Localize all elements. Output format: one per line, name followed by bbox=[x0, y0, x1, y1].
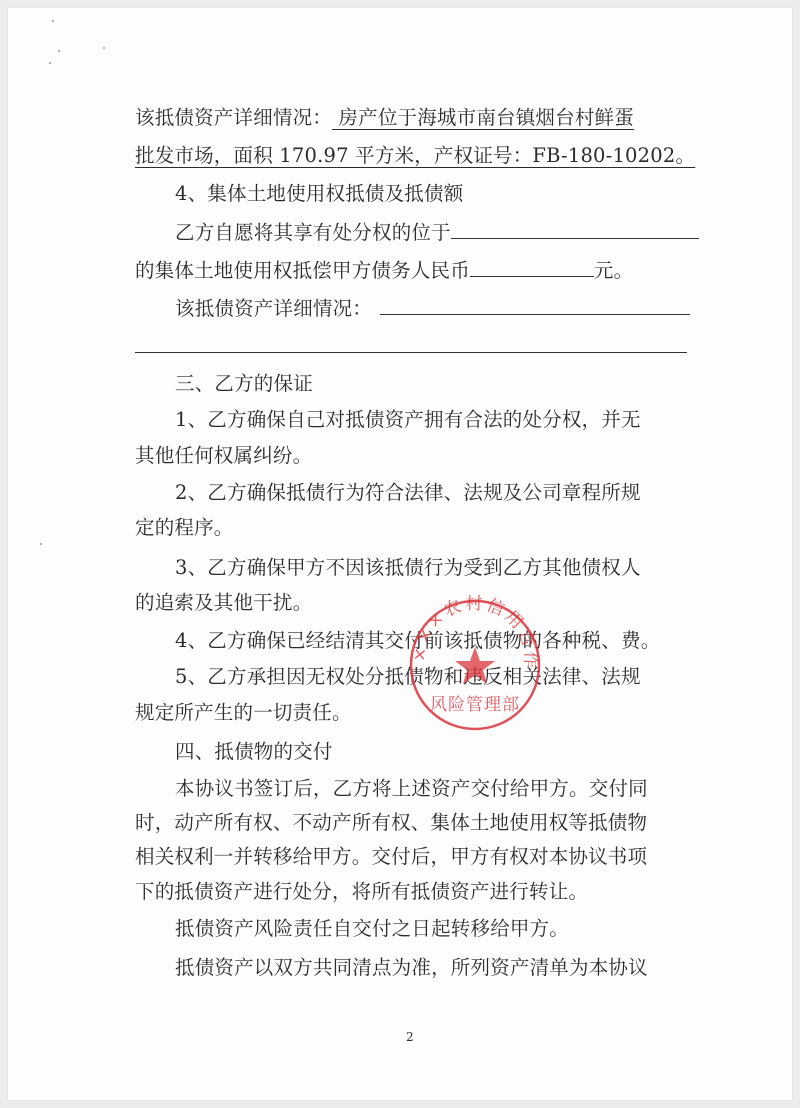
guarantee-item-3-cont: 的追索及其他干扰。 bbox=[135, 589, 312, 617]
scan-speck bbox=[103, 47, 105, 49]
collective-land-clause-2: 的集体土地使用权抵偿甲方债务人民币元。 bbox=[135, 256, 633, 284]
delivery-para-1-cont-3: 下的抵债资产进行处分，将所有抵债资产进行转让。 bbox=[135, 878, 588, 906]
delivery-para-1-cont-2: 相关权利一并转移给甲方。交付后，甲方有权对本协议书项 bbox=[135, 843, 647, 871]
asset-detail-label: 该抵债资产详细情况： bbox=[135, 106, 332, 129]
scan-speck bbox=[49, 62, 51, 64]
scan-speck bbox=[52, 20, 54, 22]
land-asset-detail-blank bbox=[380, 294, 690, 315]
document-page: 该抵债资产详细情况： 房产位于海城市南台镇烟台村鲜蛋 批发市场，面积 170.9… bbox=[8, 8, 792, 1100]
collective-land-text: 乙方自愿将其享有处分权的位于 bbox=[175, 221, 451, 244]
guarantee-item-1-cont: 其他任何权属纠纷。 bbox=[135, 442, 312, 470]
delivery-para-1-cont-1: 时，动产所有权、不动产所有权、集体土地使用权等抵债物 bbox=[135, 809, 647, 837]
land-asset-detail-blank-2 bbox=[135, 352, 687, 353]
delivery-para-2: 抵债资产风险责任自交付之日起转移给甲方。 bbox=[175, 915, 569, 943]
currency-unit: 元。 bbox=[594, 259, 633, 282]
guarantee-item-5-cont: 规定所产生的一切责任。 bbox=[135, 699, 352, 727]
guarantee-item-4: 4、乙方确保已经结清其交付前该抵债物的各种税、费。 bbox=[175, 627, 660, 655]
asset-detail-line-2: 批发市场，面积 170.97 平方米，产权证号：FB-180-10202。 bbox=[135, 142, 695, 170]
collective-land-amount-text: 的集体土地使用权抵偿甲方债务人民币 bbox=[135, 259, 470, 282]
seal-bottom-text: 风险管理部 bbox=[430, 695, 520, 715]
collective-land-clause-1: 乙方自愿将其享有处分权的位于 bbox=[175, 218, 699, 246]
delivery-para-1: 本协议书签订后，乙方将上述资产交付给甲方。交付同 bbox=[175, 775, 648, 803]
guarantee-item-3: 3、乙方确保甲方不因该抵债行为受到乙方其他债权人 bbox=[175, 554, 641, 582]
scan-speck bbox=[58, 50, 60, 52]
page-number: 2 bbox=[406, 1030, 414, 1044]
guarantee-item-1: 1、乙方确保自己对抵债资产拥有合法的处分权，并无 bbox=[175, 406, 641, 434]
section-heading-guarantee: 三、乙方的保证 bbox=[175, 370, 313, 398]
delivery-para-3: 抵债资产以双方共同清点为准，所列资产清单为本协议 bbox=[175, 954, 648, 982]
guarantee-item-2: 2、乙方确保抵债行为符合法律、法规及公司章程所规 bbox=[175, 479, 641, 507]
section-heading-delivery: 四、抵债物的交付 bbox=[175, 738, 333, 766]
amount-blank bbox=[470, 256, 594, 277]
guarantee-item-2-cont: 定的程序。 bbox=[135, 514, 234, 542]
asset-detail-value: 房产位于海城市南台镇烟台村鲜蛋 bbox=[332, 106, 634, 129]
section-heading-collective-land: 4、集体土地使用权抵债及抵债额 bbox=[175, 180, 463, 208]
land-asset-detail-line: 该抵债资产详细情况： bbox=[175, 294, 690, 322]
asset-detail-value-cont: 批发市场，面积 170.97 平方米，产权证号：FB-180-10202。 bbox=[135, 144, 695, 167]
scan-speck bbox=[40, 543, 42, 545]
land-asset-detail-label: 该抵债资产详细情况： bbox=[175, 297, 372, 320]
asset-detail-line-1: 该抵债资产详细情况： 房产位于海城市南台镇烟台村鲜蛋 bbox=[135, 104, 634, 132]
guarantee-item-5: 5、乙方承担因无权处分抵债物和违反相关法律、法规 bbox=[175, 663, 641, 691]
location-blank bbox=[451, 218, 699, 239]
